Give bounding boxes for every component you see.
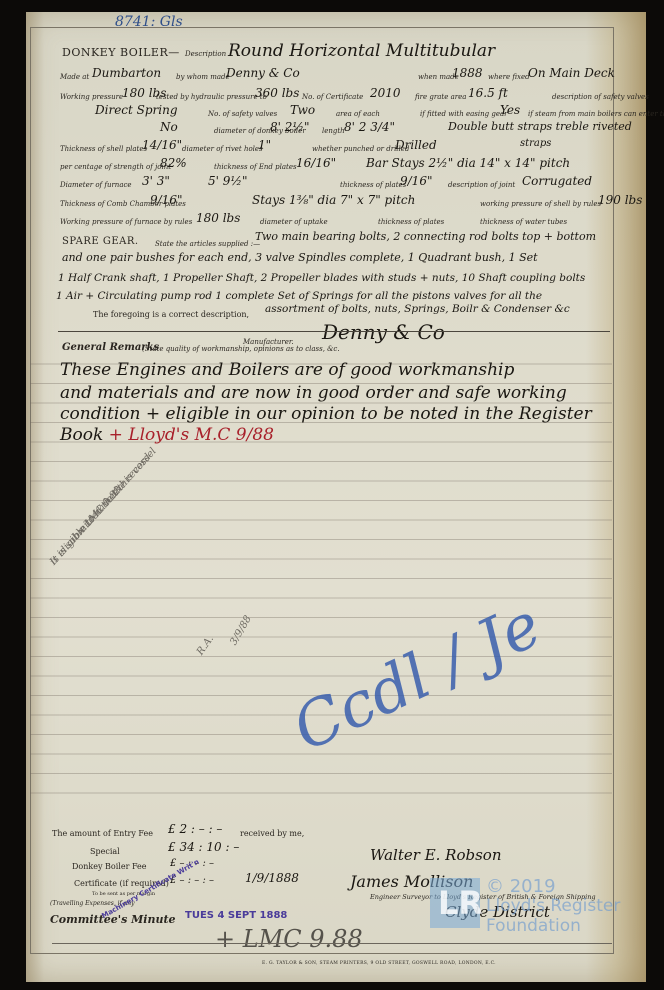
fee-date: 1/9/1888	[245, 871, 299, 885]
special-label: Special	[90, 847, 120, 856]
value-description: Round Horizontal Multitubular	[228, 41, 495, 61]
value-shell-plates: 14/16"	[142, 138, 182, 152]
label-fire-grate: fire grate area	[415, 93, 466, 101]
value-furnace-thickness: 9/16"	[400, 174, 432, 188]
value-diameter-boiler: 8' 2½"	[270, 120, 310, 134]
label-furnace-thickness: thickness of plates	[340, 181, 406, 189]
label-end-plates: thickness of End plates	[214, 163, 297, 171]
committee-label: Committee's Minute	[50, 913, 176, 926]
label-hydraulic: tested by hydraulic pressure to	[156, 93, 267, 101]
watermark-line-2: Foundation	[486, 916, 581, 936]
manufacturer-signature: Denny & Co	[322, 320, 445, 344]
value-certificate-no: 2010	[370, 86, 401, 100]
value-stayed-by: Bar Stays 2½" dia 14" x 14" pitch	[366, 156, 570, 170]
lr-logo-icon: LR	[430, 878, 480, 928]
label-safety-valves: description of safety valves	[552, 93, 649, 101]
label-working-pressure: Working pressure	[60, 93, 123, 101]
signature-robson: Walter E. Robson	[370, 846, 502, 864]
label-no-safety-valves: No. of safety valves	[208, 110, 277, 118]
label-joint-description: description of joint	[448, 181, 515, 189]
spare-gear-prompt: State the articles supplied :—	[155, 240, 260, 248]
label-furnace-diameter: Diameter of furnace	[60, 181, 132, 189]
label-uptake-plates: thickness of plates	[378, 218, 444, 226]
value-made-by: Denny & Co	[226, 66, 300, 80]
value-length: 8' 2 3/4"	[344, 120, 395, 134]
label-furnace-pressure: Working pressure of furnace by rules	[60, 218, 192, 226]
value-steam-enter: No	[160, 120, 178, 134]
spare-gear-line-2: and one pair bushes for each end, 3 valv…	[62, 251, 538, 264]
spare-gear-title: SPARE GEAR.	[62, 236, 139, 247]
value-pitch-rivets: straps	[520, 138, 551, 149]
label-shell-pressure: working pressure of shell by rules	[480, 200, 601, 208]
value-hydraulic: 360 lbs	[255, 86, 299, 100]
value-easing-gear: Yes	[500, 103, 520, 117]
special-value: £ 34 : 10 : –	[168, 840, 239, 854]
remarks-lloyds-note: + Lloyd's M.C 9/88	[109, 425, 274, 445]
donkey-fee-label: Donkey Boiler Fee	[72, 862, 147, 871]
label-water-tubes: thickness of water tubes	[480, 218, 567, 226]
label-certificate-no: No. of Certificate	[302, 93, 363, 101]
spare-gear-continuation: assortment of bolts, nuts, Springs, Boil…	[265, 303, 570, 315]
value-strength-joint: 82%	[160, 156, 187, 170]
remarks-line-1: These Engines and Boilers are of good wo…	[60, 360, 514, 380]
label-description: Description	[185, 50, 226, 58]
remarks-line-3: condition + eligible in our opinion to b…	[60, 404, 592, 424]
value-chamber-stays: Stays 1⅜" dia 7" x 7" pitch	[252, 193, 415, 207]
value-furnace-pressure: 180 lbs	[196, 211, 240, 225]
value-punched-drilled: Drilled	[395, 138, 437, 152]
value-no-safety-valves: Two	[290, 103, 315, 117]
reference-number: 8741: Gls	[115, 14, 183, 30]
value-shell-pressure: 190 lbs	[598, 193, 642, 207]
label-steam-enter: if steam from main boilers can enter the…	[528, 110, 664, 118]
correct-description: The foregoing is a correct description,	[93, 310, 249, 319]
value-rivet-holes: 1"	[258, 138, 271, 152]
value-end-plates: 16/16"	[296, 156, 336, 170]
committee-date-stamp: TUES 4 SEPT 1888	[185, 910, 287, 921]
value-joint-description: Corrugated	[522, 174, 592, 188]
divider	[58, 331, 610, 332]
label-strength-joint: per centage of strength of joint	[60, 163, 171, 171]
entry-fee-label: The amount of Entry Fee	[52, 829, 153, 838]
value-riveting: Double butt straps treble riveted	[448, 120, 632, 133]
remarks-subtitle: (State quality of workmanship, opinions …	[142, 345, 340, 353]
label-uptake: diameter of uptake	[260, 218, 328, 226]
label-easing-gear: if fitted with easing gear	[420, 110, 507, 118]
value-fire-grate: 16.5 ft	[468, 86, 508, 100]
label-made-by: by whom made	[176, 73, 230, 81]
value-made-at: Dumbarton	[92, 66, 161, 80]
lloyds-register-watermark: LR © 2019 Lloyd's Register Foundation	[430, 878, 650, 948]
spare-gear-line-1: Two main bearing bolts, 2 connecting rod…	[255, 230, 596, 243]
remarks-line-2: and materials and are now in good order …	[60, 383, 567, 403]
label-made-at: Made at	[60, 73, 89, 81]
watermark-line-1: Lloyd's Register	[486, 896, 620, 916]
remarks-book: Book	[60, 425, 103, 445]
label-where-fixed: where fixed	[488, 73, 530, 81]
printer-imprint: E. G. TAYLOR & SON, STEAM PRINTERS, 9 OL…	[262, 961, 496, 966]
remarks-line-4: Book + Lloyd's M.C 9/88	[60, 425, 274, 445]
label-rivet-holes: diameter of rivet holes	[182, 145, 263, 153]
label-area-each: area of each	[336, 110, 380, 118]
spare-gear-line-3: 1 Half Crank shaft, 1 Propeller Shaft, 2…	[58, 272, 585, 284]
label-length: length	[322, 127, 345, 135]
value-furnace-length: 5' 9½"	[208, 174, 248, 188]
spare-gear-line-4: 1 Air + Circulating pump rod 1 complete …	[56, 290, 542, 302]
value-when-made: 1888	[452, 66, 483, 80]
committee-note: + LMC 9.88	[215, 925, 363, 953]
received-label: received by me,	[240, 829, 304, 838]
label-shell-plates: Thickness of shell plates	[60, 145, 147, 153]
entry-fee-value: £ 2 : – : –	[168, 822, 222, 836]
value-safety-valves: Direct Spring	[95, 103, 178, 117]
value-comb-chamber: 9/16"	[150, 193, 182, 207]
watermark-copyright: © 2019	[486, 876, 556, 897]
value-furnace-diameter: 3' 3"	[142, 174, 170, 188]
form-title: DONKEY BOILER—	[62, 46, 180, 59]
value-where-fixed: On Main Deck	[528, 66, 615, 80]
